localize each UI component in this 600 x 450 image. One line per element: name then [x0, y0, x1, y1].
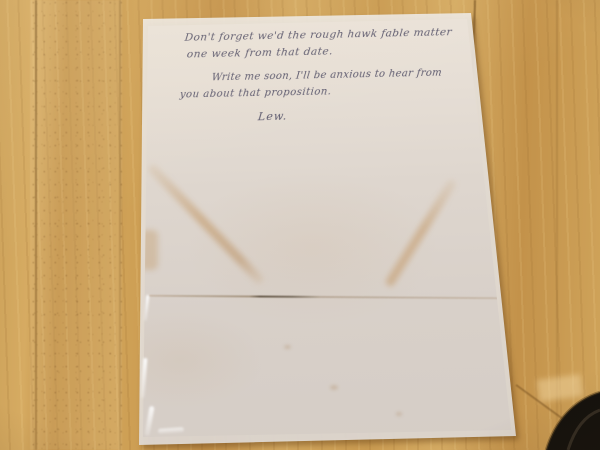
handwriting-line: one week from that date.	[186, 45, 333, 60]
signature: Lew.	[257, 110, 288, 124]
handwriting-line: Don't forget we'd the rough hawk fable m…	[184, 26, 453, 44]
photo-of-letter: Don't forget we'd the rough hawk fable m…	[0, 0, 600, 450]
foxing-spot	[284, 345, 291, 349]
foxing-spot	[330, 385, 338, 390]
dark-strap-corner	[520, 380, 600, 450]
handwriting-line: you about that proposition.	[179, 86, 332, 100]
handwriting-line: Write me soon, I'll be anxious to hear f…	[211, 68, 442, 84]
stain-right-arm	[384, 178, 457, 288]
foxing-spot	[396, 412, 402, 416]
stain-left-arm	[147, 163, 266, 286]
fold-crease	[149, 295, 507, 299]
